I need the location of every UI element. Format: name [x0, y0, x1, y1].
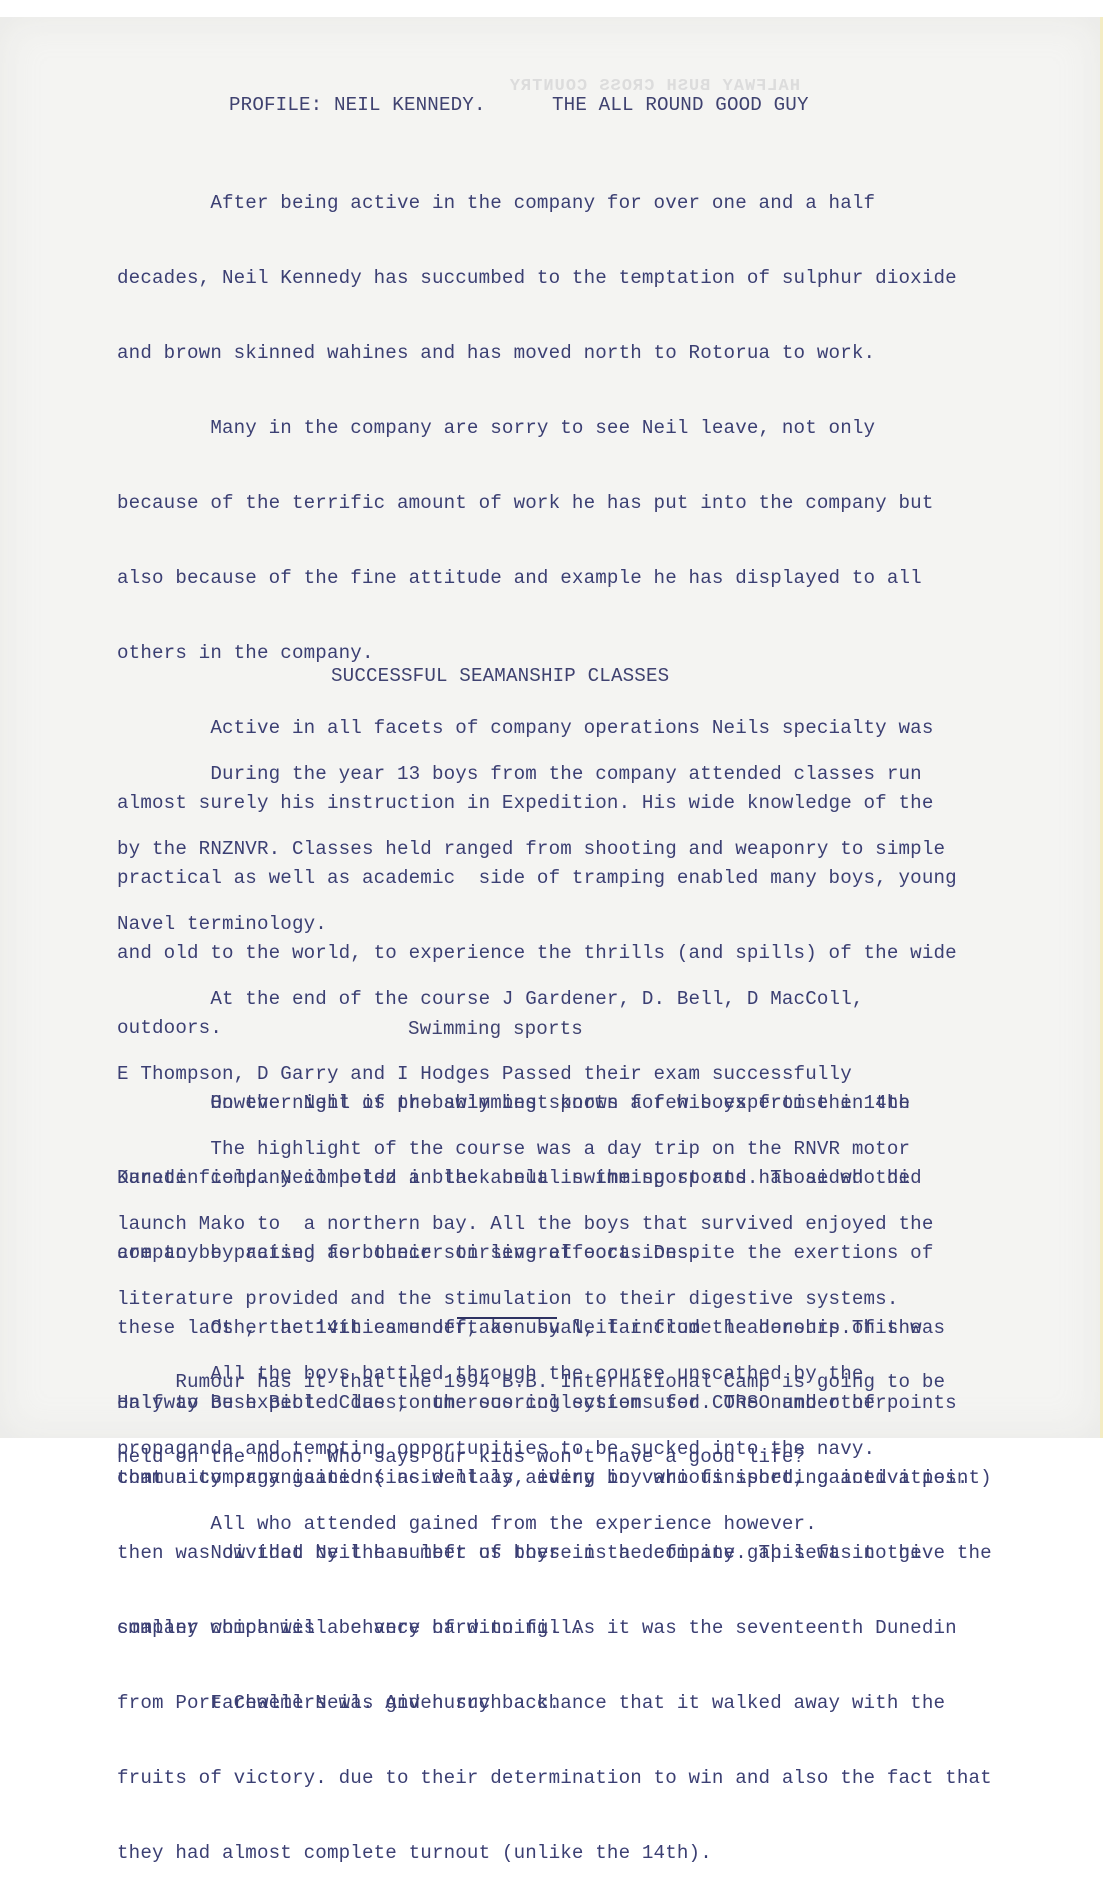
rumour-paragraph: Rumour has it that the 1994 B.B. Interna…	[117, 1320, 945, 1464]
swimming-line: Dunedin company competed in the annual s…	[117, 1166, 992, 1191]
profile-line: After being active in the company for ov…	[117, 191, 969, 216]
profile-line: Many in the company are sorry to see Nei…	[117, 416, 969, 441]
profile-title-right: THE ALL ROUND GOOD GUY	[552, 93, 809, 118]
profile-line: others in the company.	[117, 641, 969, 666]
seamanship-line: At the end of the course J Gardener, D. …	[117, 987, 945, 1012]
rumour-line: held on the moon. Who says our kids won'…	[117, 1445, 945, 1464]
swimming-title: Swimming sports	[408, 1017, 583, 1042]
seamanship-line: During the year 13 boys from the company…	[117, 762, 945, 787]
profile-line: because of the terrific amount of work h…	[117, 491, 969, 516]
divider-rule	[457, 1317, 557, 1319]
profile-title-left: PROFILE: NEIL KENNEDY.	[229, 93, 486, 118]
seamanship-title: SUCCESSFUL SEAMANSHIP CLASSES	[331, 664, 669, 689]
seamanship-line: by the RNZNVR. Classes held ranged from …	[117, 837, 945, 862]
profile-line: also because of the fine attitude and ex…	[117, 566, 969, 591]
swimming-line: On the night of the swimming sports a fe…	[117, 1091, 992, 1116]
profile-line: decades, Neil Kennedy has succumbed to t…	[117, 266, 969, 291]
seamanship-line: Navel terminology.	[117, 912, 945, 937]
rumour-line: Rumour has it that the 1994 B.B. Interna…	[117, 1370, 945, 1395]
profile-line: and brown skinned wahines and has moved …	[117, 341, 969, 366]
swimming-line: are to be praised for their stirling eff…	[117, 1241, 992, 1266]
